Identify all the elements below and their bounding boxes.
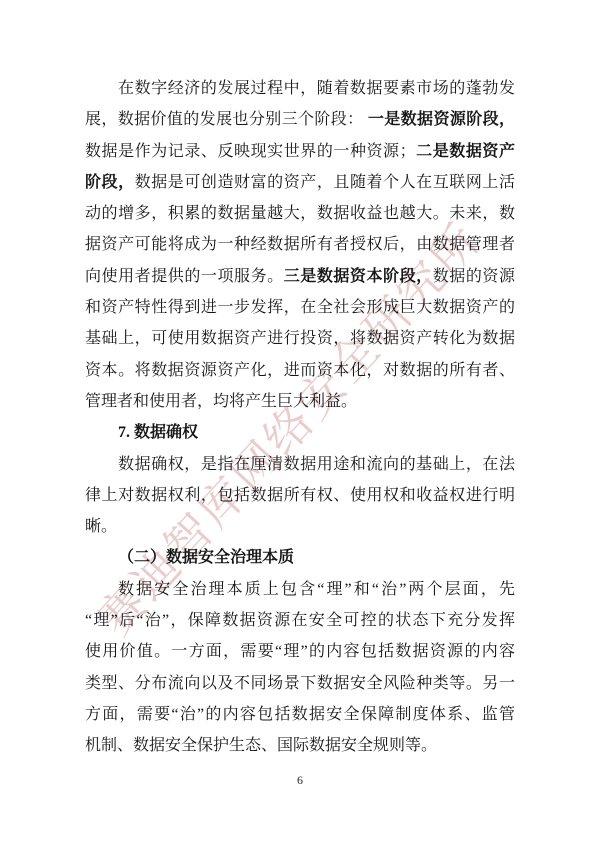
text-segment: 类型、分布流向以及不同场景下数据安全风险种类等。另一: [85, 675, 515, 692]
paragraph-line: 展，数据价值的发展也分别三个阶段： 一是数据资源阶段，: [85, 104, 515, 135]
paragraph-line: 管理者和使用者，均将产生巨大利益。: [85, 386, 515, 417]
bold-text-segment: 阶段，: [85, 174, 135, 191]
text-segment: 数据安全治理本质上包含“理”和“治”两个层面，先: [118, 581, 515, 598]
text-segment: 在数字经济的发展过程中，随着数据要素市场的蓬勃发: [118, 80, 515, 97]
paragraph-line: 使用价值。一方面，需要“理”的内容包括数据资源的内容: [85, 636, 515, 667]
text-segment: 数据是作为记录、反映现实世界的一种资源；: [85, 143, 416, 160]
paragraph-line: 数据是作为记录、反映现实世界的一种资源；二是数据资产: [85, 136, 515, 167]
bold-text-segment: 三是数据资本阶段，: [284, 268, 433, 285]
paragraph-line: 机制、数据安全保护生态、国际数据安全规则等。: [85, 730, 515, 761]
paragraph-line: 数据安全治理本质上包含“理”和“治”两个层面，先: [85, 574, 515, 605]
text-segment: 动的增多，积累的数据量越大，数据收益也越大。未来，数: [85, 205, 515, 222]
paragraph-line: 数据确权，是指在厘清数据用途和流向的基础上，在法: [85, 449, 515, 480]
text-segment: “理”后“治”，保障数据资源在安全可控的状态下充分发挥: [85, 612, 515, 629]
paragraph-line: 方面，需要“治”的内容包括数据安全保障制度体系、监管: [85, 699, 515, 730]
heading-data-rights: 7. 数据确权: [85, 417, 515, 448]
paragraph-line: 在数字经济的发展过程中，随着数据要素市场的蓬勃发: [85, 73, 515, 104]
text-segment: 数据的资源: [433, 268, 515, 285]
document-body: 在数字经济的发展过程中，随着数据要素市场的蓬勃发展，数据价值的发展也分别三个阶段…: [85, 73, 515, 762]
paragraph-line: 阶段，数据是可创造财富的资产，且随着个人在互联网上活: [85, 167, 515, 198]
paragraph-line: 和资产特性得到进一步发挥，在全社会形成巨大数据资产的: [85, 292, 515, 323]
text-segment: 数据是可创造财富的资产，且随着个人在互联网上活: [135, 174, 515, 191]
text-segment: 和资产特性得到进一步发挥，在全社会形成巨大数据资产的: [85, 299, 515, 316]
text-segment: 使用价值。一方面，需要“理”的内容包括数据资源的内容: [85, 643, 515, 660]
text-segment: 数据确权，是指在厘清数据用途和流向的基础上，在法: [118, 456, 515, 473]
text-segment: 方面，需要“治”的内容包括数据安全保障制度体系、监管: [85, 706, 515, 723]
text-segment: 资本。将数据资源资产化，进而资本化，对数据的所有者、: [85, 362, 515, 379]
text-segment: 律上对数据权利，包括数据所有权、使用权和收益权进行明: [85, 487, 515, 504]
page-number: 6: [0, 773, 600, 788]
text-segment: 晰。: [85, 518, 117, 535]
text-segment: 向使用者提供的一项服务。: [85, 268, 284, 285]
paragraph-line: 律上对数据权利，包括数据所有权、使用权和收益权进行明: [85, 480, 515, 511]
text-segment: 基础上，可使用数据资产进行投资，将数据资产转化为数据: [85, 330, 515, 347]
heading-governance-essence: （二）数据安全治理本质: [85, 542, 515, 573]
text-segment: 管理者和使用者，均将产生巨大利益。: [85, 393, 357, 410]
document-page: 赛迪智库网络安全研究所 在数字经济的发展过程中，随着数据要素市场的蓬勃发展，数据…: [0, 0, 600, 848]
bold-text-segment: 7. 数据确权: [118, 424, 198, 441]
paragraph-line: “理”后“治”，保障数据资源在安全可控的状态下充分发挥: [85, 605, 515, 636]
paragraph-line: 向使用者提供的一项服务。三是数据资本阶段，数据的资源: [85, 261, 515, 292]
paragraph-line: 动的增多，积累的数据量越大，数据收益也越大。未来，数: [85, 198, 515, 229]
text-segment: 展，数据价值的发展也分别三个阶段：: [85, 111, 368, 128]
text-segment: 据资产可能将成为一种经数据所有者授权后，由数据管理者: [85, 236, 515, 253]
paragraph-line: 基础上，可使用数据资产进行投资，将数据资产转化为数据: [85, 323, 515, 354]
text-segment: 机制、数据安全保护生态、国际数据安全规则等。: [85, 737, 437, 754]
paragraph-line: 类型、分布流向以及不同场景下数据安全风险种类等。另一: [85, 668, 515, 699]
bold-text-segment: 二是数据资产: [416, 143, 515, 160]
paragraph-line: 晰。: [85, 511, 515, 542]
paragraph-line: 资本。将数据资源资产化，进而资本化，对数据的所有者、: [85, 355, 515, 386]
paragraph-line: 据资产可能将成为一种经数据所有者授权后，由数据管理者: [85, 229, 515, 260]
bold-text-segment: 一是数据资源阶段，: [368, 111, 515, 128]
bold-text-segment: （二）数据安全治理本质: [118, 549, 294, 566]
